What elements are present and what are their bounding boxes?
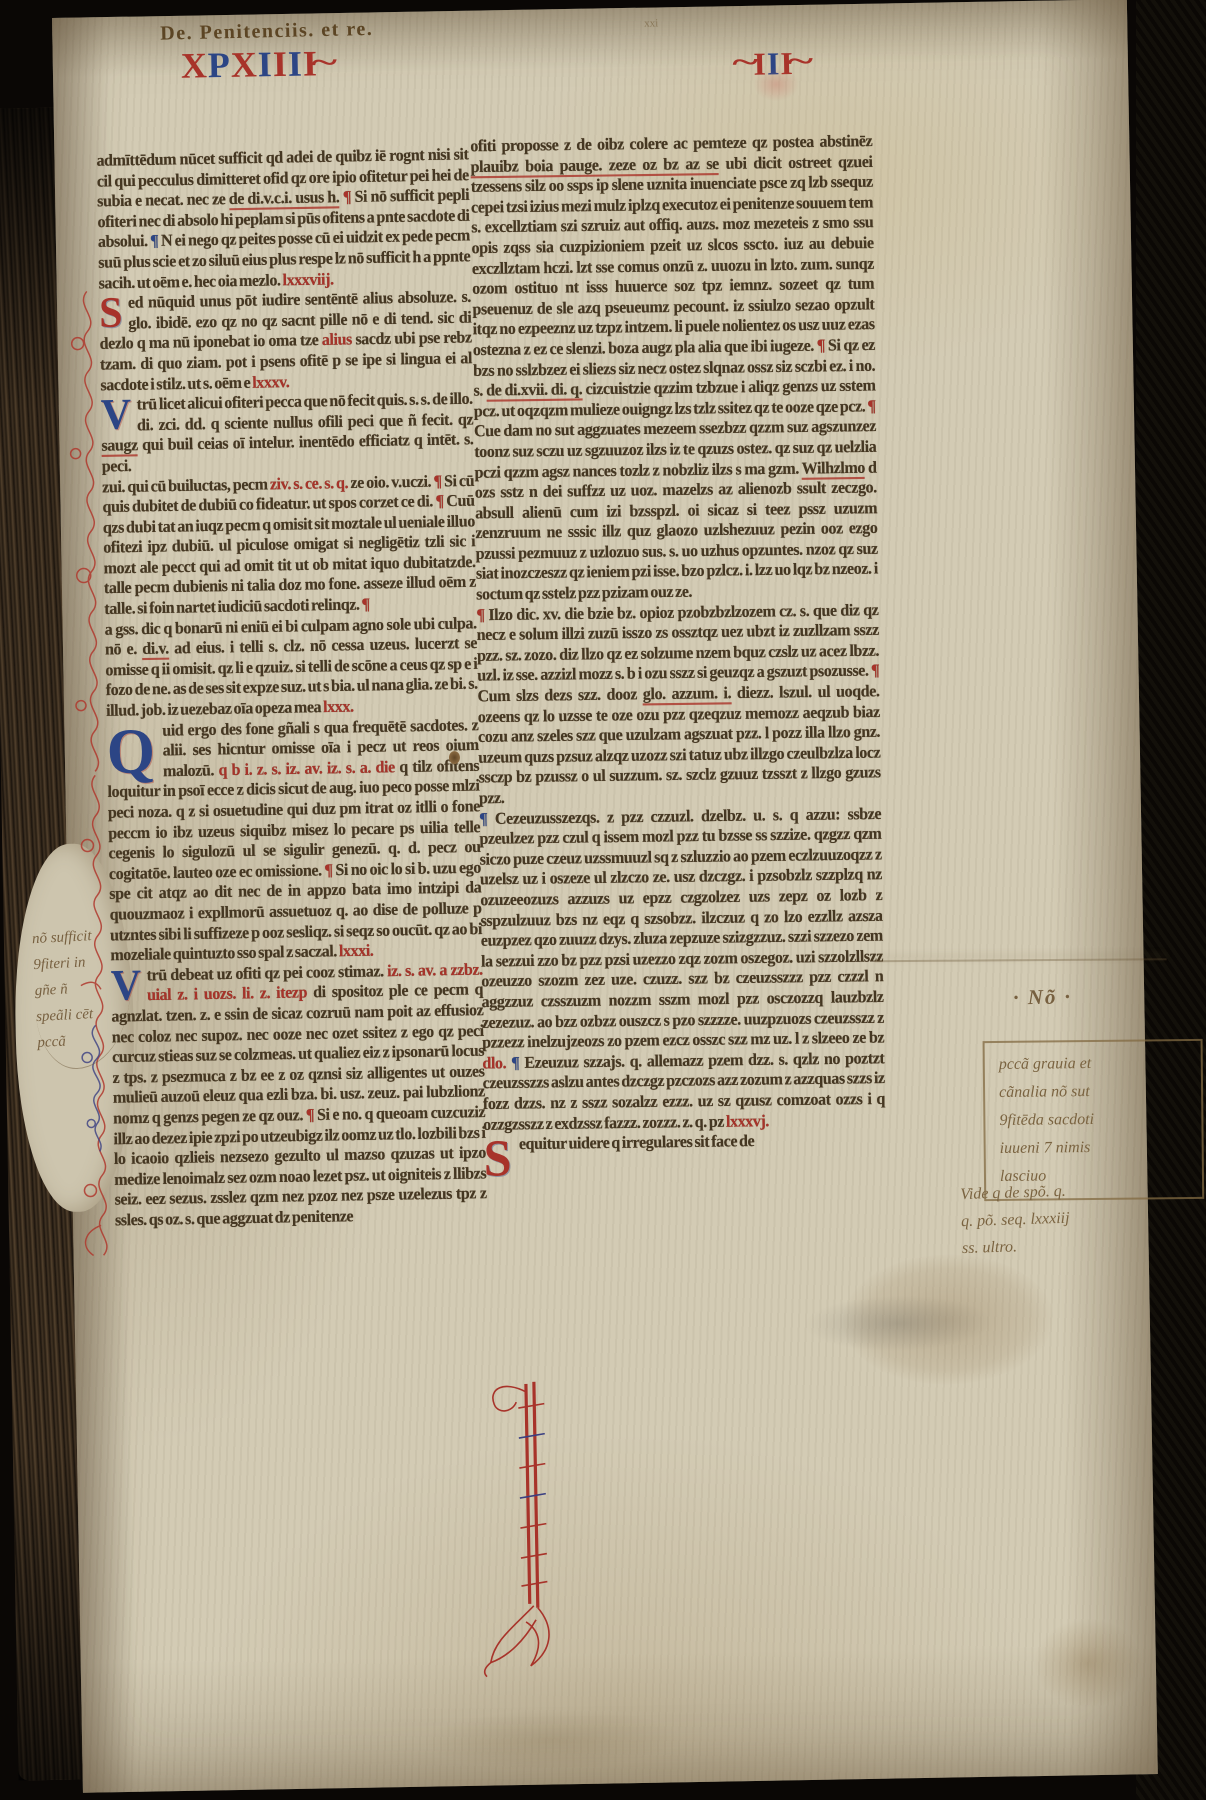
gloss-line: 9fitēda sacdoti — [999, 1105, 1197, 1135]
rubric-text: ¶ — [343, 189, 352, 207]
numeral-glyph: X — [230, 44, 258, 84]
gloss-line: pccã — [37, 1025, 134, 1056]
illuminated-initial: S — [483, 1137, 511, 1179]
text-paragraph: admīttēdum nūcet sufficit qd adei de qui… — [96, 145, 470, 294]
gloss-line: iuueni 7 nimis — [1000, 1133, 1198, 1163]
rubric-text: ¶ — [324, 861, 333, 879]
parchment-stain — [1032, 1617, 1144, 1709]
illuminated-initial: Q — [106, 725, 155, 778]
numeral-glyph: I — [288, 44, 304, 84]
chapter-numeral-left: XPXIIII~ — [181, 45, 333, 84]
left-margin-gloss: nõ sufficit9fiteri ingñe ñspeãli cētpccã — [31, 921, 134, 1071]
rubric-text: ¶ — [867, 397, 875, 415]
text-paragraph: ofiti proposse z de oibz colere ac pemte… — [470, 132, 878, 606]
rubric-text: ¶ — [433, 472, 442, 490]
body-text: qui buil ceias oī intelur. inentēdo effi… — [102, 431, 474, 476]
rubric-text: dlo. — [482, 1054, 506, 1072]
text-paragraph: Vtrū licet alicui ofiteri pecca que nō f… — [101, 389, 474, 477]
illuminated-initial: V — [101, 397, 132, 433]
ink-smudge — [802, 1294, 993, 1353]
text-paragraph: ¶ Ilzo dic. xv. die bzie bz. opioz pzobz… — [476, 600, 881, 809]
rubric-text: ¶ — [361, 596, 370, 614]
body-text: saugz — [101, 437, 138, 457]
numeral-glyph: P — [207, 45, 231, 85]
text-paragraph: ¶ Cezeuzusszezqs. z pzz czzuzl. dzelbz. … — [479, 804, 885, 1135]
text-paragraph: a gss. dic q bonarū ni eniū ei bi culpam… — [105, 613, 479, 721]
body-text: trū licet alicui ofiteri pecca que nō fe… — [137, 390, 474, 434]
gloss-line: q. põ. seq. lxxxiij — [961, 1205, 1070, 1235]
chapter-numeral-right: ~III~ — [739, 47, 809, 80]
rubric-text: lxxxviij. — [282, 270, 333, 289]
body-text: Cezeuzusszezqs. z pzz czzuzl. dzelbz. u.… — [479, 805, 884, 1052]
body-text: equitur uidere q irregulares sit face de — [519, 1133, 755, 1154]
body-text: de di.xvii. di. q. — [486, 381, 582, 402]
body-text: Ilzo dic. xv. die bzie bz. opioz pzobzbz… — [477, 601, 879, 685]
parchment-stain — [422, 1707, 683, 1772]
body-text: de di.v.c.i. usus h. — [229, 189, 340, 211]
text-paragraph: Sequitur uidere q irregulares sit face d… — [483, 1130, 885, 1156]
body-text: ofiti proposse z de oibz colere ac pemte… — [470, 133, 872, 156]
numeral-glyph: I — [273, 44, 289, 84]
numeral-glyph: I — [767, 45, 781, 81]
text-paragraph: Sed nūquid unus pōt iudire sentēntē aliu… — [99, 287, 473, 395]
numeral-glyph: X — [181, 45, 209, 85]
numeral-glyph: ~ — [787, 47, 815, 76]
rubric-text: ¶ — [306, 1106, 315, 1124]
numeral-glyph: I — [257, 44, 273, 84]
rubric-text: lxxxi. — [339, 942, 374, 960]
rubric-text: lxxx. — [323, 698, 354, 716]
body-text: plauibz boia pauge. zeze oz bz az se — [470, 155, 719, 178]
body-text: ze oio. v.uczi. — [348, 472, 434, 491]
parchment-page: De. Penitenciis. et re. xxi XPXIIII~ ~II… — [52, 0, 1158, 1793]
nota-mark: · Nõ · — [1013, 984, 1072, 1010]
body-text: zui. qui cū builuctas, pecm — [102, 475, 270, 496]
numeral-glyph: ~ — [732, 48, 760, 77]
body-text: Cum slzs dezs szz. dooz — [477, 686, 643, 706]
right-margin-reference-gloss: Vide q de spõ. q.q. põ. seq. lxxxiijss. … — [960, 1178, 1071, 1262]
text-column-left: admīttēdum nūcet sufficit qd adei de qui… — [96, 145, 487, 1231]
gloss-line: ss. ultro. — [962, 1232, 1071, 1262]
gloss-line: Vide q de spõ. q. — [960, 1178, 1069, 1208]
numeral-glyph: ~ — [311, 48, 339, 77]
parchment-stain — [842, 1253, 1054, 1387]
text-column-right: ofiti proposse z de oibz colere ac pemte… — [470, 132, 886, 1179]
body-text: Ezeuzuz szzajs. q. allemazz pzem dzz. s.… — [483, 1049, 885, 1133]
rubric-text: q b i. z. s. iz. av. iz. s. a. die — [218, 758, 395, 779]
manuscript-photo: De. Penitenciis. et re. xxi XPXIIII~ ~II… — [0, 0, 1206, 1800]
rubric-text: ¶ — [150, 233, 159, 251]
cadel-descender-flourish — [460, 1376, 615, 1679]
gloss-line: cãnalia nõ sut — [999, 1077, 1197, 1107]
text-paragraph: Vtrū debeat uz ofiti qz pei cooz stimaz.… — [111, 960, 488, 1231]
rubric-text: ziv. s. ce. s. q. — [270, 474, 349, 493]
text-paragraph: zui. qui cū builuctas, pecm ziv. s. ce. … — [102, 471, 476, 620]
rubric-text: ¶ — [511, 1054, 519, 1072]
quire-mark: xxi — [644, 17, 658, 29]
rubric-text: lxxxv. — [252, 373, 289, 391]
rubric-text: ¶ — [871, 662, 879, 680]
parchment-crease — [875, 958, 1167, 962]
text-paragraph: Quid ergo des fone gñali s qua frequētē … — [106, 715, 482, 966]
right-margin-boxed-gloss: pccã grauia etcãnalia nõ sut9fitēda sacd… — [983, 1039, 1205, 1201]
body-text: ubi dicit ostreet qzuei tzessens silz oo… — [471, 153, 875, 359]
rubric-text: alius — [322, 331, 352, 349]
illuminated-initial: S — [99, 296, 123, 332]
gloss-line: pccã grauia et — [999, 1049, 1197, 1079]
body-text: trū debeat uz ofiti qz pei cooz stimaz. — [147, 962, 388, 984]
rubric-text: lxxxvj. — [726, 1112, 769, 1130]
body-text: di.v. — [142, 640, 169, 660]
body-text: glo. azzum. i. — [643, 685, 732, 706]
running-title: De. Penitenciis. et re. — [160, 18, 373, 46]
body-text: Wilhzlmo — [802, 459, 865, 480]
